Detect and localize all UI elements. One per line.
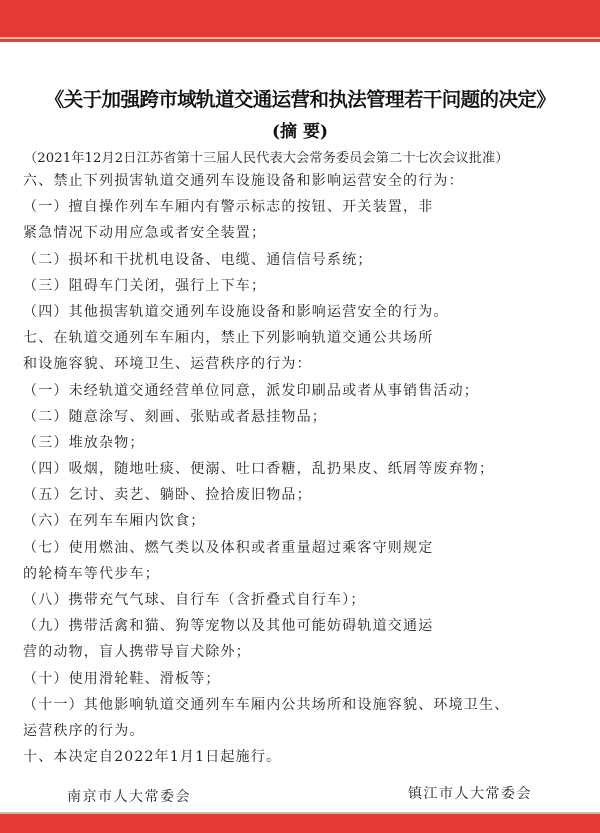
body-line: （三）堆放杂物； bbox=[23, 433, 583, 459]
body-line: 紧急情况下动用应急或者安全装置； bbox=[23, 223, 583, 249]
body-line: （二）损坏和干扰机电设备、电缆、通信信号系统； bbox=[23, 250, 583, 276]
bottom-red-band bbox=[0, 814, 600, 833]
body-line: 十、本决定自2022年1月1日起施行。 bbox=[23, 747, 583, 773]
body-line: 六、禁止下列损害轨道交通列车设施设备和影响运营安全的行为： bbox=[23, 171, 583, 197]
body-line: （二）随意涂写、刻画、张贴或者悬挂物品； bbox=[23, 407, 583, 433]
body-line: 营的动物，盲人携带导盲犬除外； bbox=[23, 642, 583, 668]
body-line: （四）吸烟，随地吐痰、便溺、吐口香糖，乱扔果皮、纸屑等废弃物； bbox=[23, 459, 583, 485]
signatory-zhenjiang: 镇江市人大常委会 bbox=[408, 783, 532, 803]
top-red-band bbox=[0, 0, 600, 37]
top-band-rule bbox=[0, 39, 600, 42]
body-line: （四）其他损害轨道交通列车设施设备和影响运营安全的行为。 bbox=[23, 302, 583, 328]
document-title: 《关于加强跨市域轨道交通运营和执法管理若干问题的决定》 bbox=[0, 84, 600, 112]
body-line: （一）未经轨道交通经营单位同意，派发印刷品或者从事销售活动； bbox=[23, 381, 583, 407]
signatory-nanjing: 南京市人大常委会 bbox=[67, 786, 191, 806]
body-line: （九）携带活禽和猫、狗等宠物以及其他可能妨碍轨道交通运 bbox=[23, 616, 583, 642]
body-line: 和设施容貌、环境卫生、运营秩序的行为： bbox=[23, 354, 583, 380]
body-line: 的轮椅车等代步车； bbox=[23, 564, 583, 590]
body-line: （六）在列车车厢内饮食； bbox=[23, 511, 583, 537]
body-line: （三）阻碍车门关闭，强行上下车； bbox=[23, 276, 583, 302]
body-line: 七、在轨道交通列车车厢内，禁止下列影响轨道交通公共场所 bbox=[23, 328, 583, 354]
body-line: （十）使用滑轮鞋、滑板等； bbox=[23, 669, 583, 695]
document-body: 六、禁止下列损害轨道交通列车设施设备和影响运营安全的行为： （一）擅自操作列车车… bbox=[23, 171, 583, 773]
body-line: （七）使用燃油、燃气类以及体积或者重量超过乘客守则规定 bbox=[23, 538, 583, 564]
document-subtitle: (摘 要) bbox=[0, 117, 600, 142]
body-line: （五）乞讨、卖艺、躺卧、捡拾废旧物品； bbox=[23, 485, 583, 511]
body-line: （八）携带充气气球、自行车（含折叠式自行车）； bbox=[23, 590, 583, 616]
body-line: 运营秩序的行为。 bbox=[23, 721, 583, 747]
body-line: （一）擅自操作列车车厢内有警示标志的按钮、开关装置，非 bbox=[23, 197, 583, 223]
body-line: （十一）其他影响轨道交通列车车厢内公共场所和设施容貌、环境卫生、 bbox=[23, 695, 583, 721]
approval-note: （2021年12月2日江苏省第十三届人民代表大会常务委员会第二十七次会议批准） bbox=[24, 147, 600, 166]
